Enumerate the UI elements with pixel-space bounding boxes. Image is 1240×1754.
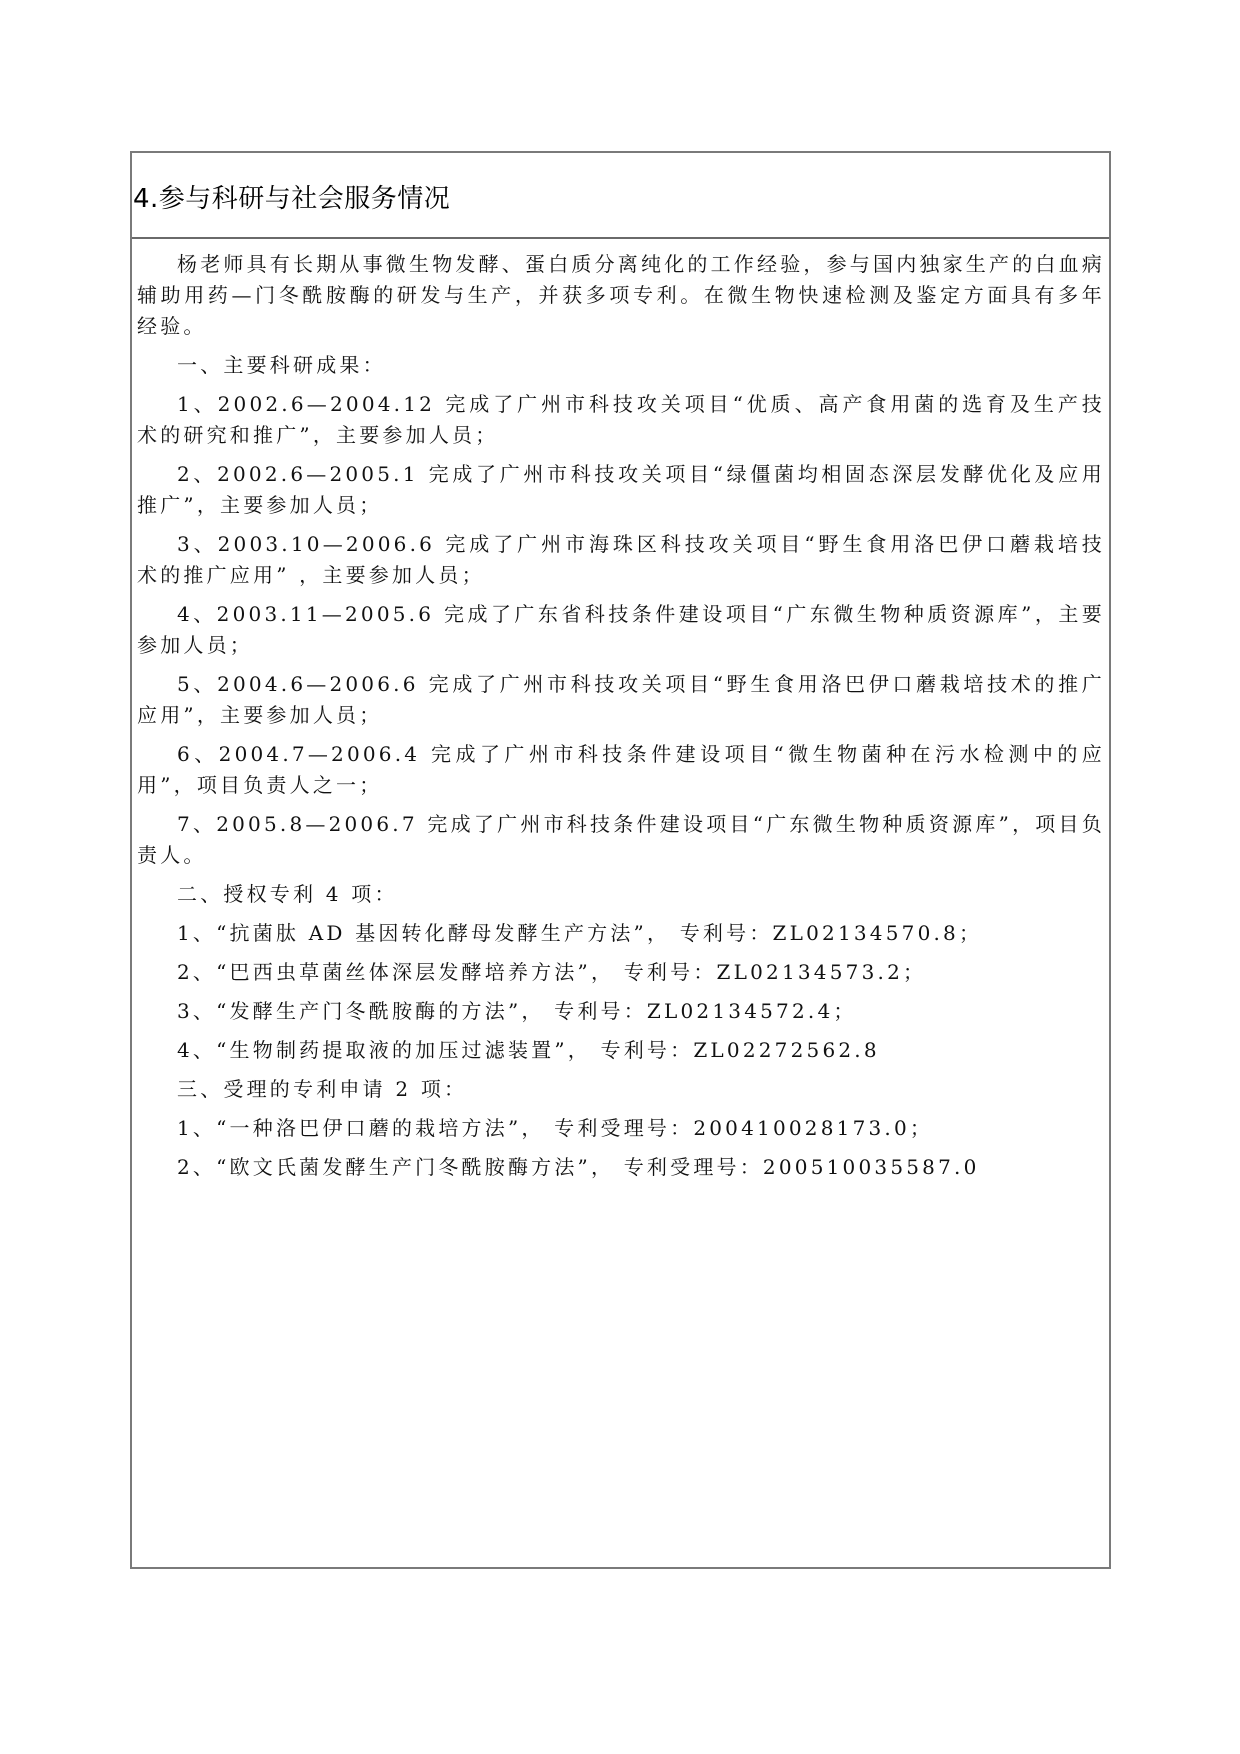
applications-heading: 三、受理的专利申请 2 项： [137, 1074, 1105, 1105]
form-table: 4.参与科研与社会服务情况 杨老师具有长期从事微生物发酵、蛋白质分离纯化的工作经… [130, 151, 1111, 1569]
section-body: 杨老师具有长期从事微生物发酵、蛋白质分离纯化的工作经验，参与国内独家生产的白血病… [132, 239, 1109, 1183]
section-header: 4.参与科研与社会服务情况 [132, 153, 1109, 239]
intro-paragraph: 杨老师具有长期从事微生物发酵、蛋白质分离纯化的工作经验，参与国内独家生产的白血病… [137, 249, 1105, 342]
patent-item: 2、“巴西虫草菌丝体深层发酵培养方法”， 专利号：ZL02134573.2； [137, 957, 1105, 988]
research-item: 1、2002.6—2004.12 完成了广州市科技攻关项目“优质、高产食用菌的选… [137, 389, 1105, 451]
patent-item: 1、“抗菌肽 AD 基因转化酵母发酵生产方法”， 专利号：ZL02134570.… [137, 918, 1105, 949]
section-title: 4.参与科研与社会服务情况 [133, 182, 450, 216]
patent-item: 4、“生物制药提取液的加压过滤装置”， 专利号：ZL02272562.8 [137, 1035, 1105, 1066]
patent-item: 3、“发酵生产门冬酰胺酶的方法”， 专利号：ZL02134572.4； [137, 996, 1105, 1027]
research-item: 3、2003.10—2006.6 完成了广州市海珠区科技攻关项目“野生食用洛巴伊… [137, 529, 1105, 591]
patents-heading: 二、授权专利 4 项： [137, 879, 1105, 910]
research-item: 7、2005.8—2006.7 完成了广州市科技条件建设项目“广东微生物种质资源… [137, 809, 1105, 871]
application-item: 1、“一种洛巴伊口蘑的栽培方法”， 专利受理号：200410028173.0； [137, 1113, 1105, 1144]
research-item: 4、2003.11—2005.6 完成了广东省科技条件建设项目“广东微生物种质资… [137, 599, 1105, 661]
research-heading: 一、主要科研成果： [137, 350, 1105, 381]
research-item: 5、2004.6—2006.6 完成了广州市科技攻关项目“野生食用洛巴伊口蘑栽培… [137, 669, 1105, 731]
research-item: 6、2004.7—2006.4 完成了广州市科技条件建设项目“微生物菌种在污水检… [137, 739, 1105, 801]
research-item: 2、2002.6—2005.1 完成了广州市科技攻关项目“绿僵菌均相固态深层发酵… [137, 459, 1105, 521]
application-item: 2、“欧文氏菌发酵生产门冬酰胺酶方法”， 专利受理号：200510035587.… [137, 1152, 1105, 1183]
